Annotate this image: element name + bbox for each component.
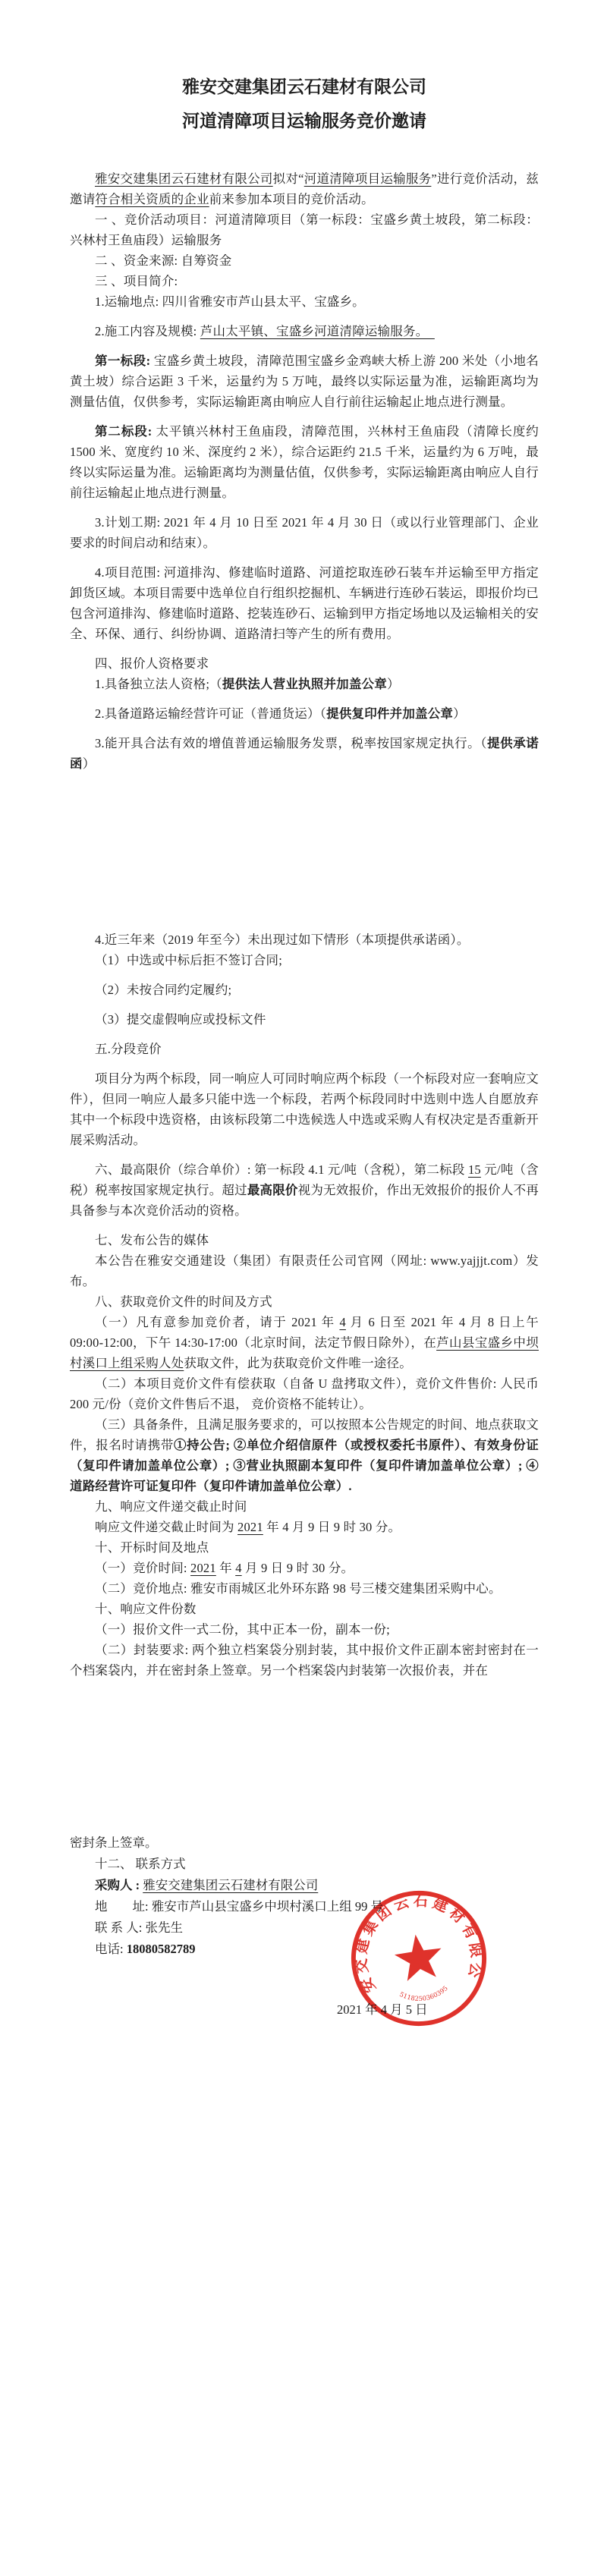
section-6-price-limit: 六、最高限价（综合单价）: 第一标段 4.1 元/吨（含税），第二标段 15 元… [70, 1159, 539, 1221]
qual-item-2: 2.具备道路运输经营许可证（普通货运）（提供复印件并加盖公章） [70, 703, 539, 724]
contact-person-line: 联 系 人: 张先生 [70, 1917, 539, 1939]
qual-item-4: 4.近三年来（2019 年至今）未出现过如下情形（本项提供承诺函）。 [70, 929, 539, 950]
qual-item-4-1: （1）中选或中标后拒不签订合同; [70, 950, 539, 970]
person-label: 联 系 人: [95, 1920, 145, 1935]
section-7-body: 本公告在雅安交通建设（集团）有限责任公司官网（网址: www.yajjjt.co… [70, 1250, 539, 1291]
address-label: 地 址: [95, 1899, 152, 1914]
contact-inner: 密封条上签章。 十二、 联系方式 采购人 : 雅安交建集团云石建材有限公司 地 … [0, 1832, 607, 2021]
item-transport-location: 1.运输地点: 四川省雅安市芦山县太平、宝盛乡。 [70, 291, 539, 312]
section-8-heading: 八、获取竞价文件的时间及方式 [70, 1291, 539, 1312]
qual-item-4-3: （3）提交虚假响应或投标文件 [70, 1009, 539, 1030]
section-4-heading: 四、报价人资格要求 [70, 653, 539, 674]
section-9-body: 响应文件递交截止时间为 2021 年 4 月 9 日 9 时 30 分。 [70, 1517, 539, 1537]
section-9-heading: 九、响应文件递交截止时间 [70, 1496, 539, 1517]
qual-item-1: 1.具备独立法人资格;（提供法人营业执照并加盖公章） [70, 674, 539, 694]
section-5-body: 项目分为两个标段，同一响应人可同时响应两个标段（一个标段对应一套响应文件），但同… [70, 1068, 539, 1150]
qual-item-3: 3.能开具合法有效的增值普通运输服务发票，税率按国家规定执行。（提供承诺函） [70, 733, 539, 774]
person-value: 张先生 [145, 1920, 183, 1935]
doc-title-line-1: 雅安交建集团云石建材有限公司 [70, 70, 539, 104]
section-2-funds: 二 、资金来源: 自筹资金 [70, 250, 539, 271]
item-schedule: 3.计划工期: 2021 年 4 月 10 日至 2021 年 4 月 30 日… [70, 512, 539, 553]
section-7-heading: 七、发布公告的媒体 [70, 1230, 539, 1250]
contact-address-line: 地 址: 雅安市芦山县宝盛乡中坝村溪口上组 99 号 [70, 1896, 539, 1917]
page-break-1 [70, 774, 539, 929]
section-10-item-2: （二）竞价地点: 雅安市雨城区北外环东路 98 号三楼交建集团采购中心。 [70, 1578, 539, 1599]
section-11-item-1: （一）报价文件一式二份，其中正本一份，副本一份; [70, 1619, 539, 1640]
phone-value: 18080582789 [127, 1942, 196, 1956]
section-5-heading: 五.分段竞价 [70, 1039, 539, 1059]
announcement-date: 2021 年 4 月 5 日 [70, 1999, 539, 2021]
section-8-item-1: （一）凡有意参加竞价者，请于 2021 年 4 月 6 日至 2021 年 4 … [70, 1312, 539, 1373]
section-8-item-3: （三）具备条件，且满足服务要求的，可以按照本公告规定的时间、地点获取文件，报名时… [70, 1414, 539, 1496]
section-10-item-1: （一）竞价时间: 2021 年 4 月 9 日 9 时 30 分。 [70, 1558, 539, 1578]
document-page: { "seal": { "company": "雅安交建集团云石建材有限公司",… [0, 0, 607, 2576]
section-11-heading: 十、响应文件份数 [70, 1599, 539, 1619]
seal-note-continuation: 密封条上签章。 [70, 1832, 539, 1854]
document-body: 雅安交建集团云石建材有限公司河道清障项目运输服务竞价邀请雅安交建集团云石建材有限… [0, 0, 607, 1681]
phone-label: 电话: [95, 1942, 127, 1956]
section-8-item-2: （二）本项目竞价文件有偿获取（自备 U 盘拷取文件），竞价文件售价: 人民币 2… [70, 1373, 539, 1414]
qual-item-4-2: （2）未按合同约定履约; [70, 980, 539, 1000]
contact-heading: 十二、 联系方式 [70, 1854, 539, 1875]
address-value: 雅安市芦山县宝盛乡中坝村溪口上组 99 号 [152, 1899, 383, 1914]
intro-paragraph: 雅安交建集团云石建材有限公司拟对“河道清障项目运输服务”进行竞价活动，兹邀请符合… [70, 168, 539, 209]
contact-section: 密封条上签章。 十二、 联系方式 采购人 : 雅安交建集团云石建材有限公司 地 … [0, 1832, 607, 2021]
section-1-project: 一 、竞价活动项目：河道清障项目（第一标段：宝盛乡黄土坡段，第二标段：兴林村王鱼… [70, 209, 539, 250]
buyer-value: 雅安交建集团云石建材有限公司 [143, 1878, 318, 1892]
item-scope: 2.施工内容及规模: 芦山太平镇、宝盛乡河道清障运输服务。 [70, 321, 539, 341]
buyer-label: 采购人 : [95, 1878, 143, 1892]
item-project-range: 4.项目范围: 河道排沟、修建临时道路、河道挖取连砂石装车并运输至甲方指定卸货区… [70, 562, 539, 644]
contact-phone-line: 电话: 18080582789 [70, 1939, 539, 1960]
contact-buyer-line: 采购人 : 雅安交建集团云石建材有限公司 [70, 1875, 539, 1896]
section-11-item-2: （二）封装要求: 两个独立档案袋分别封装，其中报价文件正副本密封密封在一个档案袋… [70, 1640, 539, 1681]
section-3-heading: 三 、项目简介: [70, 271, 539, 291]
section-10-heading: 十、开标时间及地点 [70, 1537, 539, 1558]
item-bid-section-2: 第二标段: 太平镇兴林村王鱼庙段，清障范围，兴林村王鱼庙段（清障长度约 1500… [70, 421, 539, 503]
item-bid-section-1: 第一标段: 宝盛乡黄土坡段，清障范围宝盛乡金鸡峡大桥上游 200 米处（小地名黄… [70, 351, 539, 412]
doc-title-line-2: 河道清障项目运输服务竞价邀请 [70, 104, 539, 138]
